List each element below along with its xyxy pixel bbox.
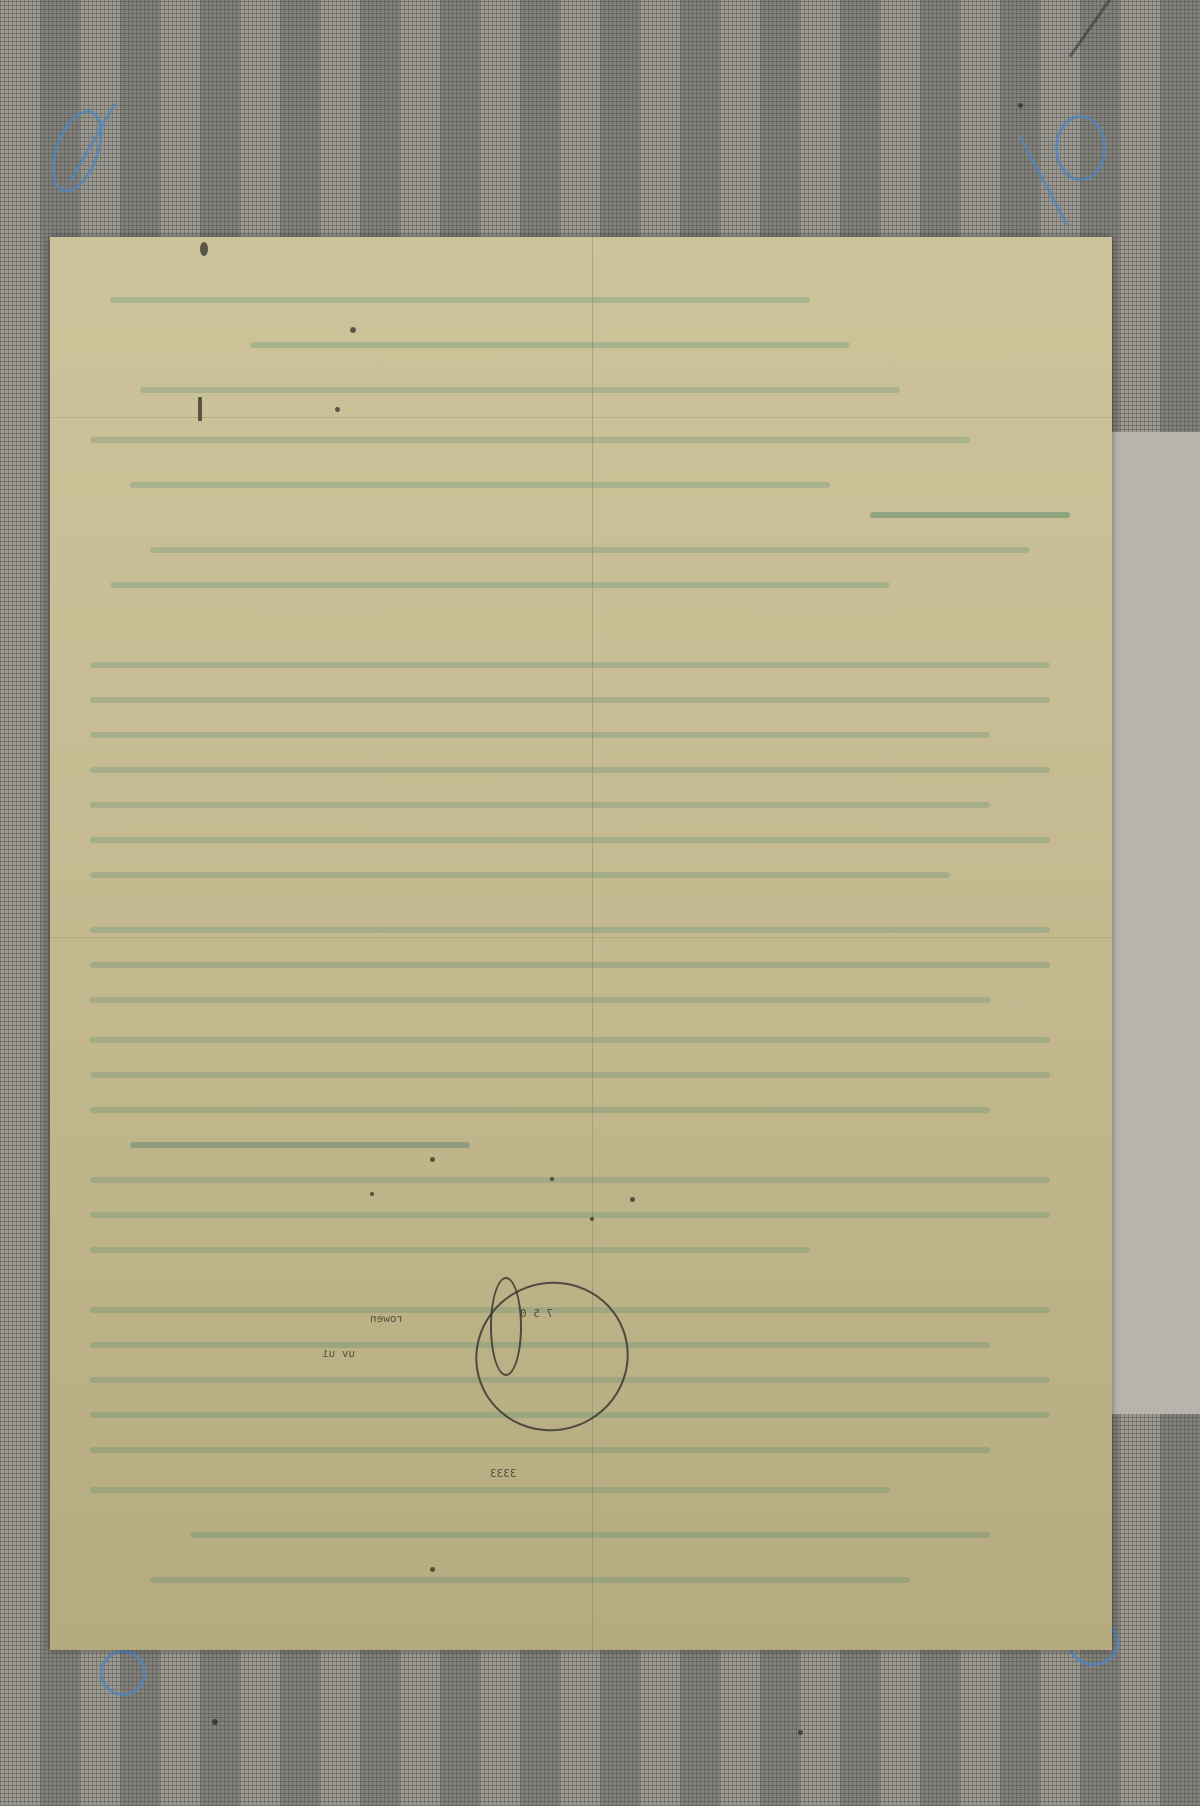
bleed-line — [90, 802, 990, 808]
bleed-line — [110, 582, 890, 588]
stamp-ring-large — [454, 1260, 650, 1453]
document-sheet: 7 5 0 rowen uv ui 3333 — [50, 237, 1112, 1650]
stamp-text: rowen — [370, 1312, 403, 1325]
bleed-line — [90, 1212, 1050, 1218]
ink-speck — [198, 397, 202, 421]
bleed-line — [90, 997, 990, 1003]
stamp-text: uv ui — [322, 1347, 355, 1360]
bleed-line — [150, 547, 1030, 553]
pencil-mark-bottom-left — [100, 1650, 146, 1696]
stamp-ring-small — [490, 1277, 522, 1376]
bleed-line — [90, 872, 950, 878]
bleed-line — [90, 1487, 890, 1493]
ink-speck — [200, 242, 208, 256]
pencil-mark-top-left — [42, 103, 113, 199]
ink-speck — [550, 1177, 554, 1181]
bleed-line — [190, 1532, 990, 1538]
bleed-line — [90, 1447, 990, 1453]
bleed-line — [90, 1037, 1050, 1043]
stamp-text: 3333 — [490, 1467, 517, 1480]
ink-speck — [335, 407, 340, 412]
bleed-line — [90, 1072, 1050, 1078]
bleed-line — [250, 342, 850, 348]
mat-speck — [798, 1730, 803, 1735]
bleed-line — [90, 927, 1050, 933]
reference-card — [1110, 432, 1200, 1414]
bleed-line — [90, 962, 1050, 968]
bleed-line — [90, 662, 1050, 668]
crease — [50, 417, 1112, 418]
bleed-line — [150, 1577, 910, 1583]
bleed-line — [90, 732, 990, 738]
ink-speck — [370, 1192, 374, 1196]
bleed-line — [90, 767, 1050, 773]
bleed-line — [870, 512, 1070, 518]
bleed-line — [90, 697, 1050, 703]
ink-speck — [430, 1157, 435, 1162]
bleed-line — [90, 837, 1050, 843]
bleed-line — [130, 1142, 470, 1148]
bleed-line — [140, 387, 900, 393]
ink-speck — [630, 1197, 635, 1202]
bleed-line — [90, 1107, 990, 1113]
ink-speck — [430, 1567, 435, 1572]
ink-speck — [590, 1217, 594, 1221]
bleed-line — [110, 297, 810, 303]
bleed-line — [90, 1247, 810, 1253]
bleed-line — [90, 437, 970, 443]
pencil-mark-top-right — [1055, 115, 1106, 181]
bleed-line — [130, 482, 830, 488]
mat-speck — [1018, 103, 1023, 108]
stamp-text: 7 5 0 — [520, 1307, 553, 1320]
ink-speck — [350, 327, 356, 333]
bleed-line — [90, 1177, 1050, 1183]
crease — [50, 937, 1112, 938]
mat-speck — [212, 1719, 218, 1725]
vertical-fold — [592, 237, 593, 1650]
knife-mark-top-right — [1069, 0, 1112, 57]
